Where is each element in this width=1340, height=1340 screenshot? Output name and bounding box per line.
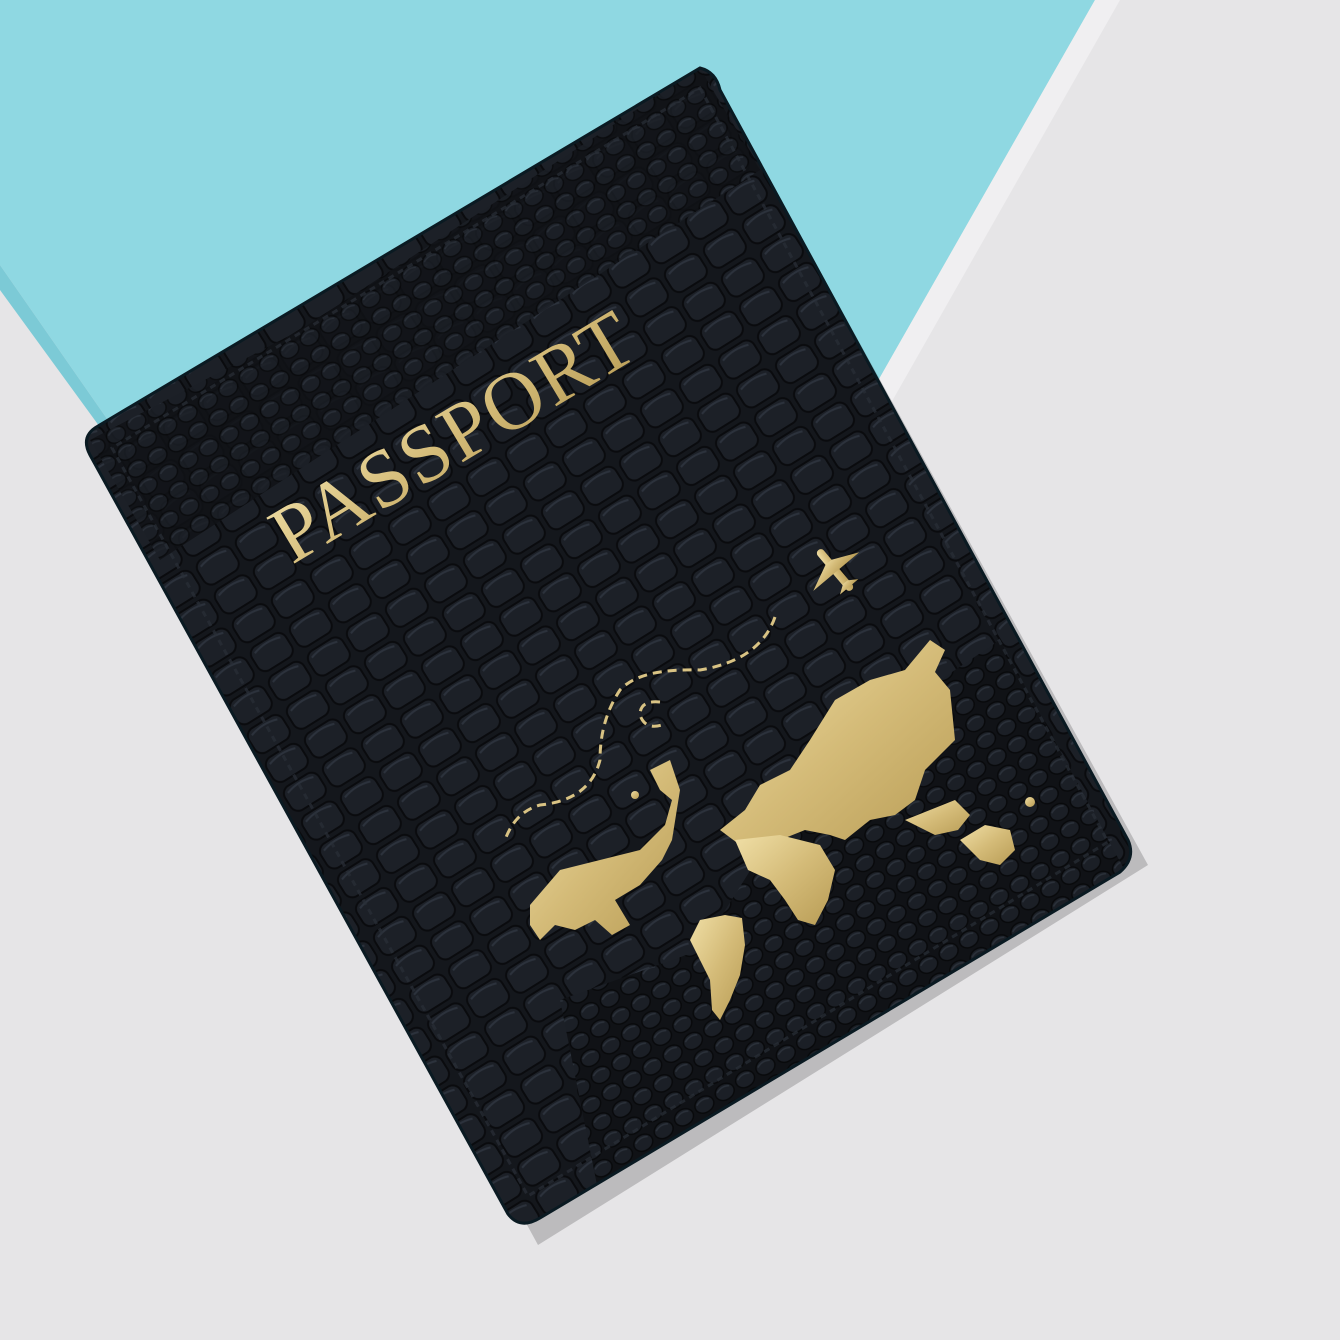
- product-photo-scene: PASSPORT: [0, 0, 1340, 1340]
